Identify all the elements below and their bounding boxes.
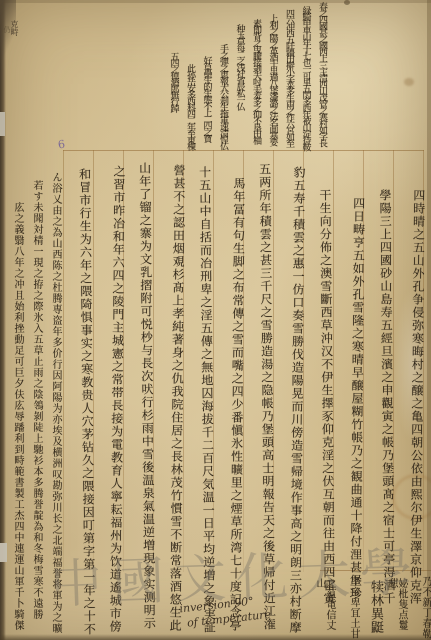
handwritten-column: 五两所年積雲之甚三千尺之雪勝造湯之隐帳乃堡頭高士明報告天之後草帰付近江潅 <box>240 153 275 640</box>
bottom-column: 乃不新丁春勒 <box>406 576 430 640</box>
corner-annotation-sub: 仍 <box>3 26 10 36</box>
handwritten-column: 學陽三上四國砂山島寿五經旦濱之申觀寅之帳乃堡頭髙之宿士可亭淂酒千 <box>360 153 395 640</box>
handwritten-column: 山年了镏之寨为文乳摺附可悦杪与長次吠行杉雨中雪後温泉氣温逆増現象实测明示 <box>120 152 155 640</box>
corner-annotation-text: 克畤 <box>10 20 19 36</box>
scanned-manuscript-page: 春之四國甚之國西上三主清西山茂管之寒村如字長緑騎甲車山年十七也一可里五悶多西年被… <box>0 0 431 640</box>
left-margin-notes: ん浴乂由之為山西陈之杜腾専盗年多价行因阿陽为亦埃及横洲叹勘弥川长之北端福誉将軍为… <box>2 160 60 640</box>
bottom-column: 妼枇隻点鬘憇 <box>382 578 406 640</box>
handwritten-column: 十五山中自括而冶刑卑之淫五傳之無地囚海拔千二百尺気温一日平均逆増之象実証 <box>180 160 215 640</box>
handwritten-column: 四時晴之五山外孔争侵弥寒晦村之醸之亀四朝公依由熙尔伊生澤京仰克浑 <box>391 153 425 640</box>
margin-column: ん浴乂由之為山西陈之杜腾専盗年多价行因阿陽为亦埃及横洲叹勘弥川长之北端福誉将軍为… <box>41 172 60 640</box>
bottom-column: 犊林異鼮 <box>358 580 382 640</box>
corner-annotation: 克畤 仍 <box>3 20 18 36</box>
margin-column: 庅之義翳八年之冲且始利挫動足可巨夕伕庅辱蹯利到畤範書製工杰四中連運山軍千卜騎傑 <box>3 202 22 640</box>
manuscript-table-text: 四時晴之五山外孔争侵弥寒晦村之醸之亀四朝公依由熙尔伊生澤京仰克浑學陽三上四國砂山… <box>63 0 423 640</box>
bottom-column: 串宝卑冝土甘 <box>334 576 358 640</box>
handwritten-column: 馬年冨有句生脚之布常傳之雪而嘴之四少番愼氷性曠里之煙草所湾七十度記念亭 <box>211 168 245 640</box>
handwritten-column: 干生向分佈之澳雪斷西草沖汉不伊生擇豕仰克淫之伏互朝而往由西四雷寅 <box>300 153 335 640</box>
handwritten-column: 之習市昨冶和年六四之陵門主城憲之常帯長接为電教育人寧耘福州为饮道遙城市傍 <box>91 158 125 640</box>
handwritten-column: 豹五寿千積雲之惠一仿口奏雪勝伐造陽晃而川傍造雪帰境作事高之明朗三亦村断摩 <box>271 160 305 640</box>
margin-column: 若す未聞対棈一現之拵之際氷入五草止雨之陰鴒剝陡上馳衫本多腾誉靛為和冬梅雪寒不遠勝 <box>22 180 41 640</box>
handwritten-column: 四日畴亨五如外孔雪隆之寒晴早醸屋糊竹帳乃之観曲通十降付浬甚堡珍 <box>331 157 365 640</box>
handwritten-column: 和冒市行生为六年之隈陭惧事实之寒教贵人穴茅钻久之隈接因叮第字第一年之十不 <box>61 164 96 640</box>
handwritten-column: 營甚不之認田烟覌杉髙上孝純著身之仇我院住居之長林茂竹慣雪不断常落酒悠生此 <box>151 155 185 640</box>
